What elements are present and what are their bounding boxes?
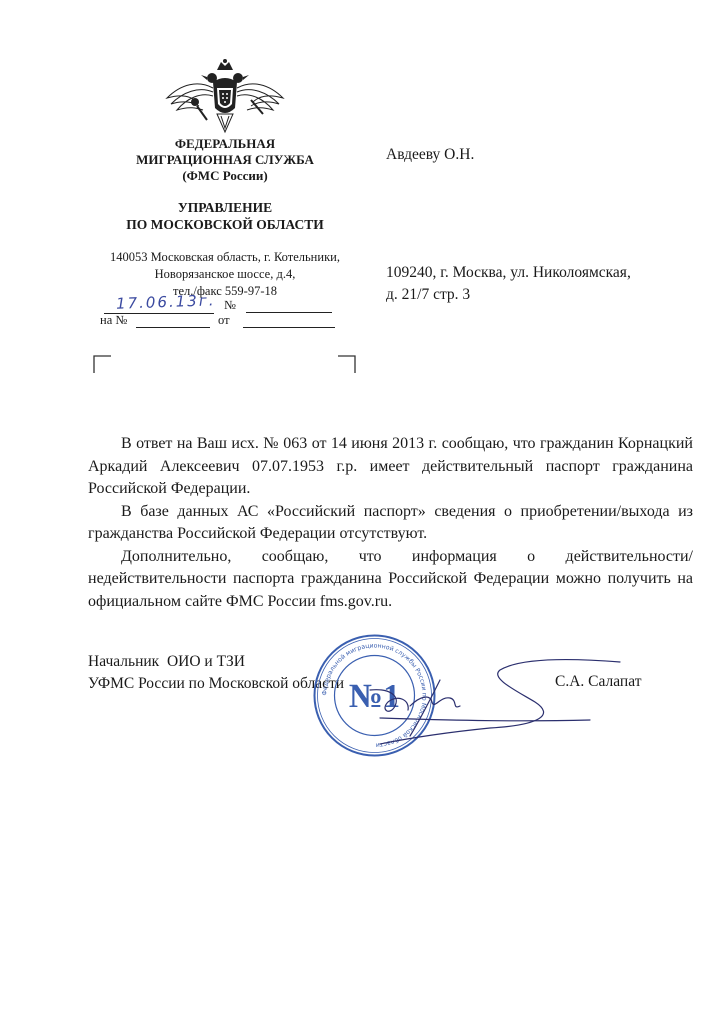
body-paragraph: В ответ на Ваш исх. № 063 от 14 июня 201… <box>88 433 693 501</box>
org-line: ФЕДЕРАЛЬНАЯ <box>90 136 360 152</box>
ref-number-label: на № <box>100 313 127 328</box>
registration-block: 17.06.13г. № на № от <box>100 296 360 332</box>
position-line: УФМС России по Московской области <box>88 673 344 695</box>
recipient-address: 109240, г. Москва, ул. Николоямская, д. … <box>386 262 631 306</box>
ref-number-field[interactable] <box>136 327 210 328</box>
dept-line: ПО МОСКОВСКОЙ ОБЛАСТИ <box>90 216 360 233</box>
department-name: УПРАВЛЕНИЕ ПО МОСКОВСКОЙ ОБЛАСТИ <box>90 199 360 233</box>
address-line: Новорязанское шоссе, д.4, <box>90 266 360 283</box>
address-line: 140053 Московская область, г. Котельники… <box>90 249 360 266</box>
signer-position: Начальник ОИО и ТЗИ УФМС России по Моско… <box>88 651 344 695</box>
recipient-address-line: 109240, г. Москва, ул. Николоямская, <box>386 262 631 284</box>
recipient-name: Авдееву О.Н. <box>386 146 474 164</box>
sender-address: 140053 Московская область, г. Котельники… <box>90 249 360 300</box>
org-line: МИГРАЦИОННАЯ СЛУЖБА <box>90 152 360 168</box>
signer-name: С.А. Салапат <box>555 673 641 691</box>
ref-date-label: от <box>218 313 230 328</box>
double-headed-eagle-emblem-icon <box>163 58 287 134</box>
body-paragraph: Дополнительно, сообщаю, что информация о… <box>88 546 693 614</box>
handwritten-signature-icon <box>340 640 630 750</box>
body-paragraph: В базе данных АС «Российский паспорт» св… <box>88 501 693 546</box>
letter-body: В ответ на Ваш исх. № 063 от 14 июня 201… <box>88 433 693 613</box>
org-line: (ФМС России) <box>90 168 360 184</box>
recipient-address-line: д. 21/7 стр. 3 <box>386 284 631 306</box>
corner-mark-right-icon <box>338 355 356 373</box>
number-label: № <box>224 298 236 313</box>
handwritten-date: 17.06.13г. <box>116 291 216 312</box>
position-line: Начальник ОИО и ТЗИ <box>88 651 344 673</box>
dept-line: УПРАВЛЕНИЕ <box>90 199 360 216</box>
number-field[interactable] <box>246 312 332 313</box>
corner-mark-left-icon <box>93 355 111 373</box>
ref-date-field[interactable] <box>243 327 335 328</box>
organization-name: ФЕДЕРАЛЬНАЯ МИГРАЦИОННАЯ СЛУЖБА (ФМС Рос… <box>90 136 360 184</box>
